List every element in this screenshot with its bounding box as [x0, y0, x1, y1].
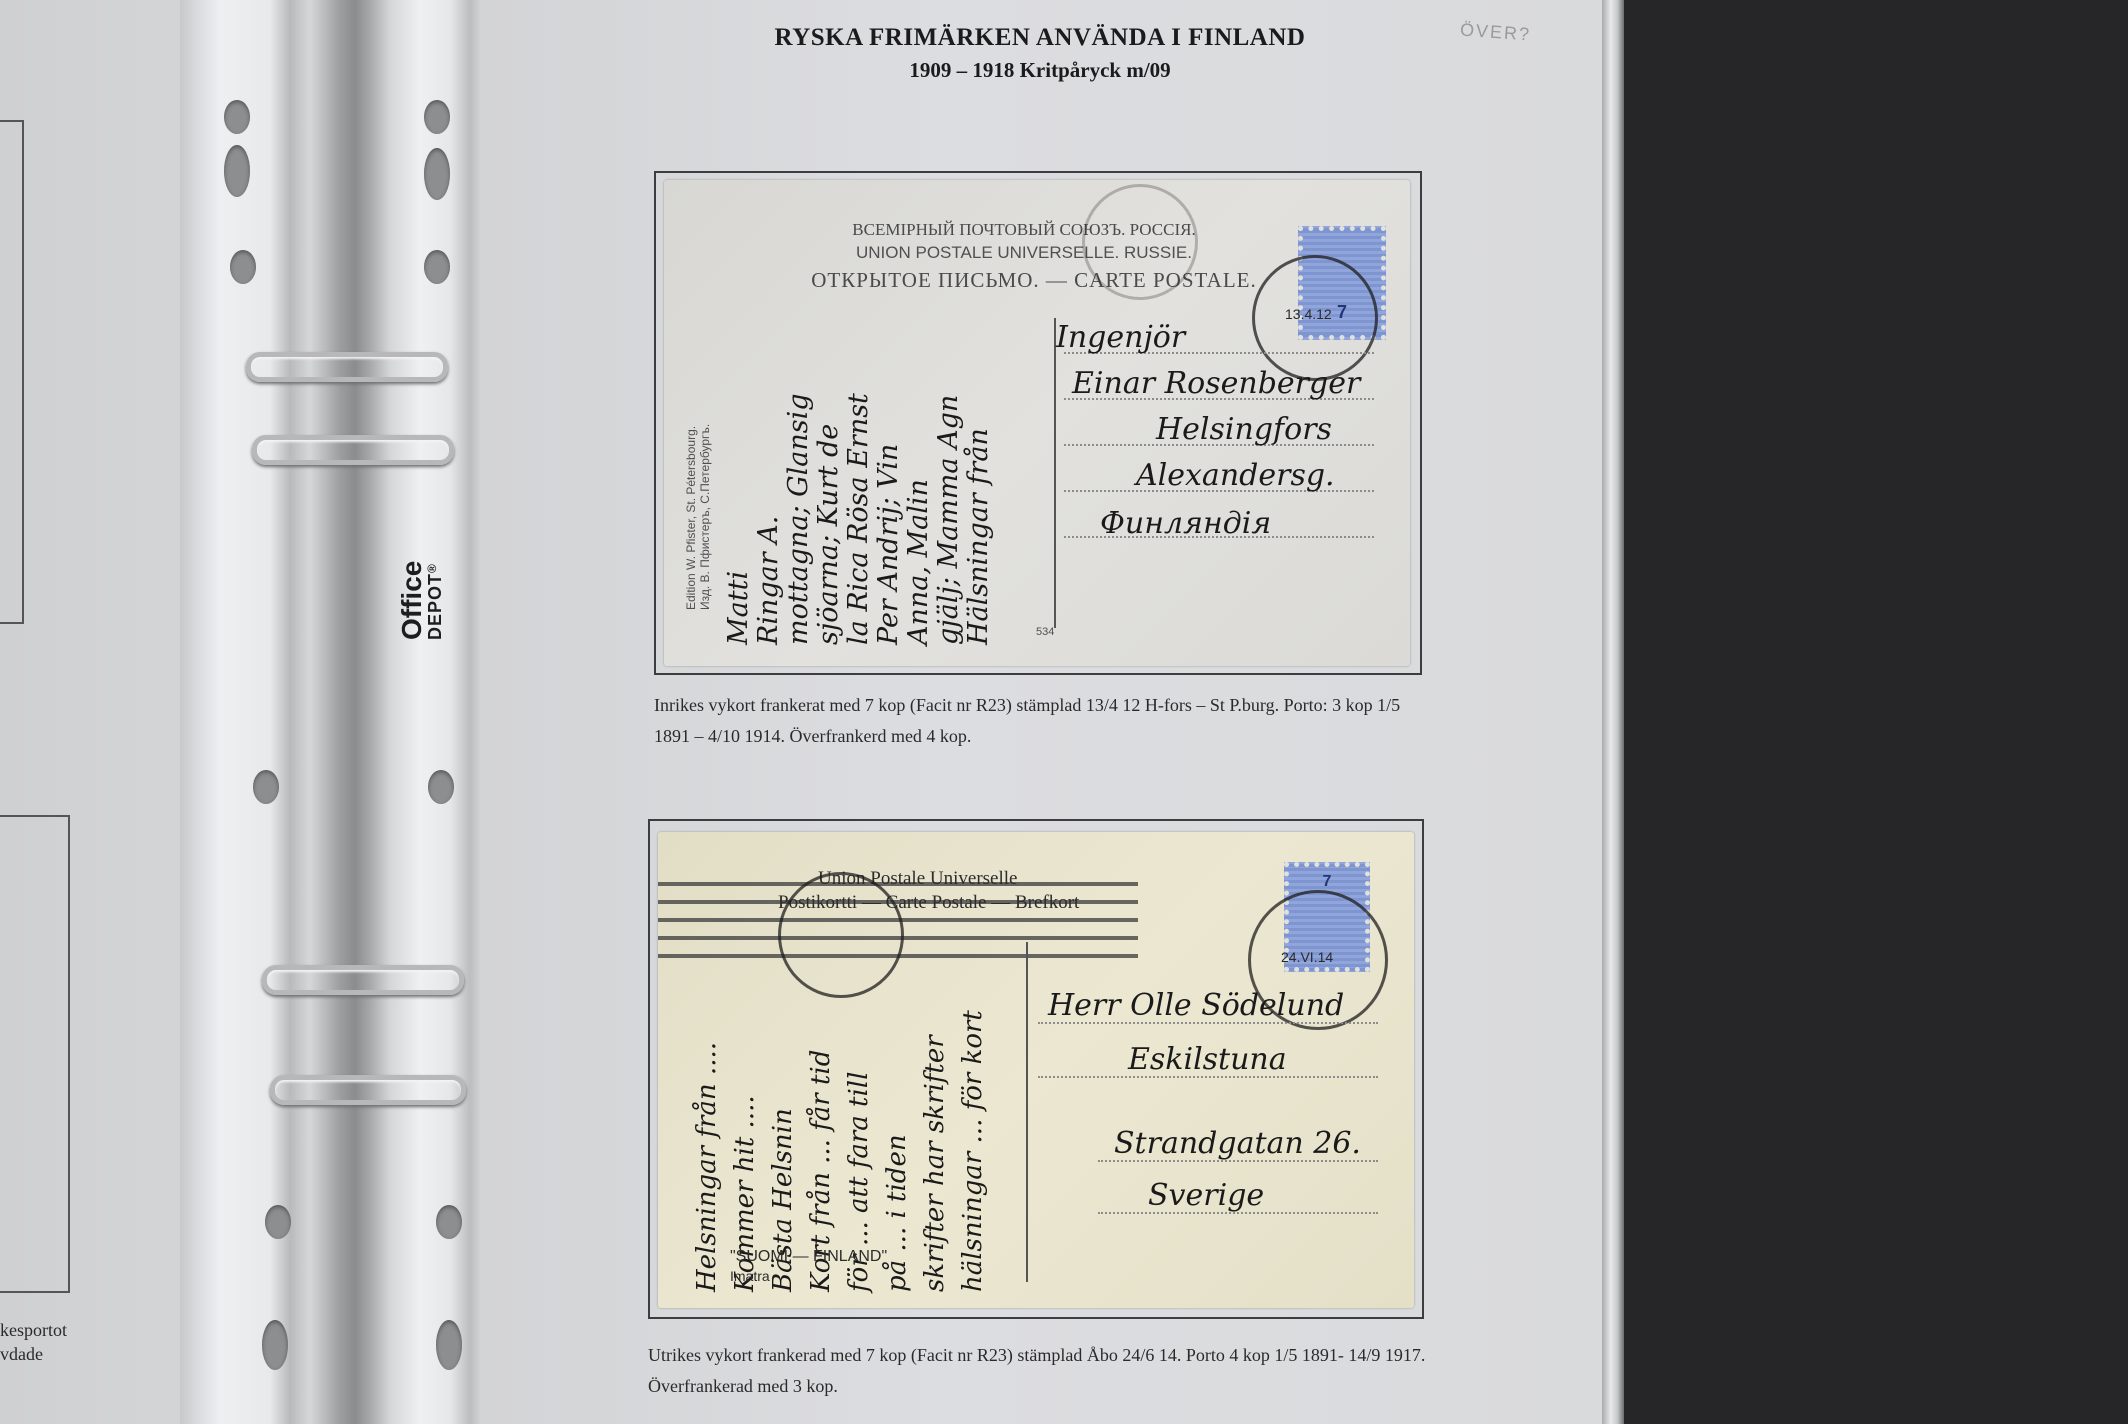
stamp-denomination: 7	[1289, 873, 1365, 891]
page-title: RYSKA FRIMÄRKEN ANVÄNDA I FINLAND	[700, 24, 1380, 52]
address-line: Helsingfors	[1156, 412, 1332, 447]
left-page-caption-fragment: kesportot vdade	[0, 1318, 80, 1366]
punch-hole	[265, 1205, 291, 1239]
postcard-domestic: ВСЕМІРНЫЙ ПОЧТОВЫЙ СОЮЗЪ. РОССІЯ. UNION …	[664, 180, 1410, 666]
address-line: Alexandersg.	[1136, 458, 1335, 493]
publisher-line: Edition W. Pfister, St. Pétersbourg.	[684, 360, 698, 610]
caption-fragment-line: kesportot	[0, 1318, 80, 1342]
message-line: Ringar A.	[754, 225, 784, 645]
message-line: Bästa Helsnin	[764, 852, 802, 1292]
punch-hole	[224, 145, 250, 197]
postcard-caption: Utrikes vykort frankerad med 7 kop (Faci…	[648, 1340, 1428, 1402]
card-number: 534	[1036, 626, 1054, 638]
message-line: mottagna; Glansig	[784, 225, 814, 645]
punch-hole	[424, 250, 450, 284]
handwritten-message: Matti Ringar A. mottagna; Glansig sjöarn…	[724, 225, 994, 645]
publisher-line: Изд. В. Пфистеръ, С.Петербургъ.	[698, 360, 712, 610]
message-line: hälsningar ... för kort	[954, 852, 992, 1292]
message-line: Per Andrij; Vin	[874, 225, 904, 645]
binder-ring	[246, 352, 448, 382]
address-line: Herr Olle Södelund	[1048, 988, 1344, 1023]
message-line: Matti	[724, 225, 754, 645]
address-line: Einar Rosenberger	[1072, 366, 1360, 401]
punch-hole	[230, 250, 256, 284]
punch-hole	[253, 770, 279, 804]
picture-subtitle: Imatra	[730, 1268, 770, 1284]
punch-hole	[436, 1320, 462, 1370]
binder-ring	[252, 435, 454, 465]
message-line: Helsningar från ....	[688, 852, 726, 1292]
address-line: Eskilstuna	[1128, 1042, 1287, 1077]
postcard-foreign: Union Postale Universelle Postikortti — …	[658, 832, 1414, 1308]
message-line: sjöarna; Kurt de	[814, 225, 844, 645]
brand-name: DEPOT	[425, 573, 445, 640]
publisher-imprint: Edition W. Pfister, St. Pétersbourg. Изд…	[684, 360, 712, 610]
postmark-date: 13.4.12	[1285, 306, 1332, 322]
message-line: skrifter har skrifter	[916, 852, 954, 1292]
address-line: Sverige	[1148, 1178, 1264, 1213]
picture-title: "SUOMI — FINLAND"	[730, 1248, 887, 1266]
postcard-caption: Inrikes vykort frankerat med 7 kop (Faci…	[654, 690, 1434, 752]
address-line: Финляндія	[1100, 506, 1271, 541]
binder-spine	[180, 0, 480, 1424]
brand-line1: Office	[398, 561, 426, 640]
page-subtitle: 1909 – 1918 Kritpåryck m/09	[700, 58, 1380, 83]
message-line: Hälsningar från	[964, 225, 994, 645]
postmark-date: 24.VI.14	[1281, 949, 1333, 965]
address-line: Strandgatan 26.	[1114, 1126, 1361, 1161]
postmark: 13.4.12	[1252, 255, 1378, 381]
handwritten-message: Helsningar från .... Kommer hit .... Bäs…	[688, 852, 992, 1292]
message-line: la Rica Rösa Ernst	[844, 225, 874, 645]
binder-brand-logo: Office DEPOT®	[398, 561, 444, 640]
left-page-mount-frame	[0, 815, 70, 1293]
caption-fragment-line: vdade	[0, 1342, 80, 1366]
message-line: Kommer hit ....	[726, 852, 764, 1292]
binder-ring	[270, 1075, 466, 1105]
card-divider-line	[1026, 942, 1028, 1282]
brand-line2: DEPOT®	[426, 561, 444, 640]
registered-mark: ®	[425, 563, 439, 573]
message-line: gjälj; Mamma Agn	[934, 225, 964, 645]
sheet-protector-edge	[1602, 0, 1624, 1424]
address-line: Ingenjör	[1056, 320, 1185, 355]
punch-hole	[424, 100, 450, 134]
binder-ring	[262, 965, 464, 995]
punch-hole	[424, 148, 450, 200]
message-line: Kort från ... får tid	[802, 852, 840, 1292]
punch-hole	[436, 1205, 462, 1239]
card-divider-line	[1054, 318, 1056, 628]
punch-hole	[262, 1320, 288, 1370]
left-page-mount-frame	[0, 120, 24, 624]
transit-postmark	[1082, 184, 1198, 300]
punch-hole	[224, 100, 250, 134]
message-line: Anna, Malin	[904, 225, 934, 645]
message-line: på ... i tiden	[878, 852, 916, 1292]
punch-hole	[428, 770, 454, 804]
message-line: för ... att fara till	[840, 852, 878, 1292]
